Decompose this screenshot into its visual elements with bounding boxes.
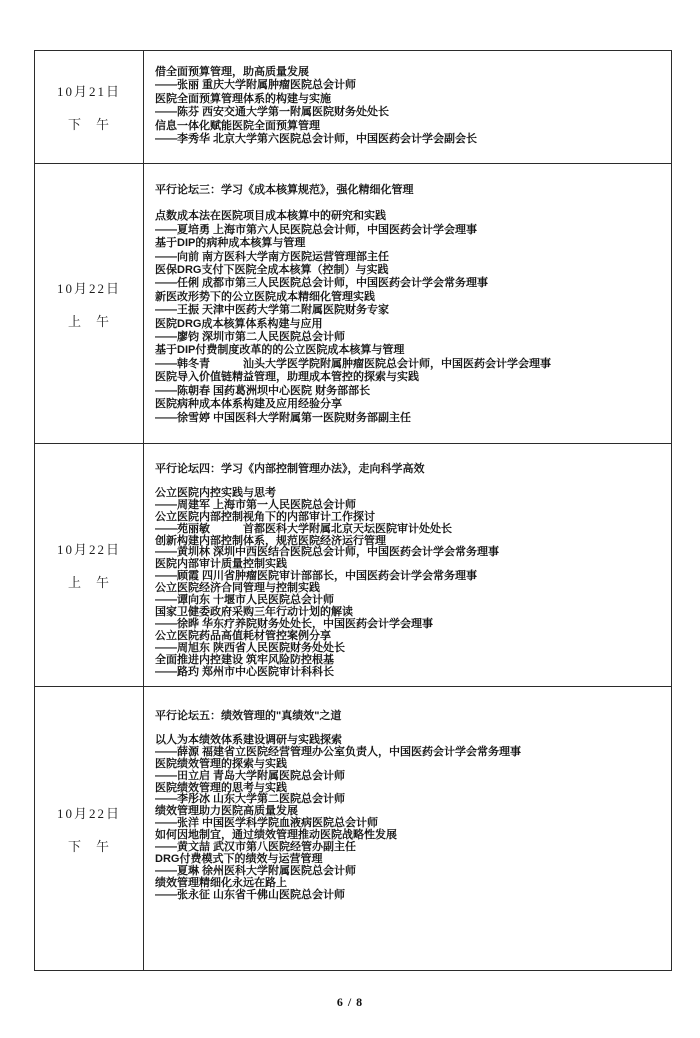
content-line: 全面推进内控建设 筑牢风险防控根基 — [155, 655, 661, 667]
content-line: ——田立启 青岛大学附属医院总会计师 — [155, 771, 661, 783]
table-row: 10月22日 下 午 平行论坛五：绩效管理的"真绩效"之道 以人为本绩效体系建设… — [35, 686, 671, 970]
date-text: 10月22日 — [57, 803, 121, 822]
period-text: 下 午 — [68, 114, 110, 133]
content-line: ——徐雪婷 中国医科大学附属第一医院财务部副主任 — [155, 412, 661, 425]
content-line: ——张丽 重庆大学附属肿瘤医院总会计师 — [155, 79, 661, 92]
date-cell: 10月22日 下 午 — [35, 687, 144, 970]
content-line: 医院全面预算管理体系的构建与实施 — [155, 93, 661, 106]
content-cell: 平行论坛三：学习《成本核算规范》，强化精细化管理 点数成本法在医院项目成本核算中… — [144, 164, 671, 443]
content-line: 医院DRG成本核算体系构建与应用 — [155, 318, 661, 331]
date-cell: 10月22日 上 午 — [35, 444, 144, 686]
content-line: ——周建军 上海市第一人民医院总会计师 — [155, 500, 661, 512]
content-line: 借全面预算管理，助高质量发展 — [155, 66, 661, 79]
content-line: 医保DRG支付下医院全成本核算（控制）与实践 — [155, 264, 661, 277]
content-line: ——徐晔 华东疗养院财务处处长，中国医药会计学会理事 — [155, 619, 661, 631]
table-row: 10月22日 上 午 平行论坛四：学习《内部控制管理办法》，走向科学高效 公立医… — [35, 443, 671, 686]
content-line: ——向前 南方医科大学南方医院运营管理部主任 — [155, 251, 661, 264]
content-line: 信息一体化赋能医院全面预算管理 — [155, 120, 661, 133]
content-line: ——薛源 福建省立医院经营管理办公室负责人，中国医药会计学会常务理事 — [155, 747, 661, 759]
session-lines: 以人为本绩效体系建设调研与实践探索——薛源 福建省立医院经营管理办公室负责人，中… — [155, 735, 661, 902]
page-number: 6 / 8 — [0, 995, 700, 1010]
period-text: 上 午 — [68, 572, 110, 591]
content-line: 基于DIP的病种成本核算与管理 — [155, 237, 661, 250]
date-text: 10月22日 — [57, 539, 121, 558]
content-line: ——路玓 郑州市中心医院审计科科长 — [155, 667, 661, 679]
content-line: ——夏培勇 上海市第六人民医院总会计师，中国医药会计学会理事 — [155, 224, 661, 237]
content-line: ——周旭东 陕西省人民医院财务处处长 — [155, 643, 661, 655]
content-line: 绩效管理精细化永远在路上 — [155, 878, 661, 890]
content-line: 基于DIP付费制度改革的的公立医院成本核算与管理 — [155, 344, 661, 357]
session-lines: 点数成本法在医院项目成本核算中的研究和实践——夏培勇 上海市第六人民医院总会计师… — [155, 210, 661, 425]
schedule-table: 10月21日 下 午 借全面预算管理，助高质量发展——张丽 重庆大学附属肿瘤医院… — [34, 50, 672, 971]
content-line: 公立医院内部控制视角下的内部审计工作探讨 — [155, 512, 661, 524]
content-line: 点数成本法在医院项目成本核算中的研究和实践 — [155, 210, 661, 223]
content-line: ——陈朝春 国药葛洲坝中心医院 财务部部长 — [155, 385, 661, 398]
document-page: 10月21日 下 午 借全面预算管理，助高质量发展——张丽 重庆大学附属肿瘤医院… — [0, 0, 700, 1038]
table-row: 10月21日 下 午 借全面预算管理，助高质量发展——张丽 重庆大学附属肿瘤医院… — [35, 51, 671, 163]
content-cell: 借全面预算管理，助高质量发展——张丽 重庆大学附属肿瘤医院总会计师医院全面预算管… — [144, 51, 671, 163]
content-line: 公立医院药品高值耗材管控案例分享 — [155, 631, 661, 643]
content-line: ——夏琳 徐州医科大学附属医院总会计师 — [155, 866, 661, 878]
table-row: 10月22日 上 午 平行论坛三：学习《成本核算规范》，强化精细化管理 点数成本… — [35, 163, 671, 443]
content-line: 医院病种成本体系构建及应用经验分享 — [155, 398, 661, 411]
session-lines: 公立医院内控实践与思考——周建军 上海市第一人民医院总会计师公立医院内部控制视角… — [155, 488, 661, 679]
content-line: ——陈芬 西安交通大学第一附属医院财务处处长 — [155, 106, 661, 119]
date-cell: 10月21日 下 午 — [35, 51, 144, 163]
forum-title: 平行论坛四：学习《内部控制管理办法》，走向科学高效 — [155, 464, 661, 476]
date-cell: 10月22日 上 午 — [35, 164, 144, 443]
date-text: 10月22日 — [57, 278, 121, 297]
content-cell: 平行论坛五：绩效管理的"真绩效"之道 以人为本绩效体系建设调研与实践探索——薛源… — [144, 687, 671, 970]
forum-title: 平行论坛三：学习《成本核算规范》，强化精细化管理 — [155, 184, 661, 197]
period-text: 下 午 — [68, 836, 110, 855]
content-line: ——廖钧 深圳市第二人民医院总会计师 — [155, 331, 661, 344]
forum-title: 平行论坛五：绩效管理的"真绩效"之道 — [155, 711, 661, 723]
content-line: 新医改形势下的公立医院成本精细化管理实践 — [155, 291, 661, 304]
content-line: ——李秀华 北京大学第六医院总会计师，中国医药会计学会副会长 — [155, 133, 661, 146]
content-line: ——王振 天津中医药大学第二附属医院财务专家 — [155, 304, 661, 317]
date-text: 10月21日 — [57, 81, 121, 100]
period-text: 上 午 — [68, 311, 110, 330]
content-line: ——任俐 成都市第三人民医院总会计师，中国医药会计学会常务理事 — [155, 277, 661, 290]
content-line: 医院绩效管理的探索与实践 — [155, 759, 661, 771]
content-line: 医院导入价值链精益管理，助理成本管控的探索与实践 — [155, 371, 661, 384]
session-lines: 借全面预算管理，助高质量发展——张丽 重庆大学附属肿瘤医院总会计师医院全面预算管… — [155, 66, 661, 146]
content-cell: 平行论坛四：学习《内部控制管理办法》，走向科学高效 公立医院内控实践与思考——周… — [144, 444, 671, 686]
content-line: ——苑丽敏 首都医科大学附属北京天坛医院审计处处长 — [155, 524, 661, 536]
content-line: ——张永征 山东省千佛山医院总会计师 — [155, 890, 661, 902]
content-line: ——韩冬青 汕头大学医学院附属肿瘤医院总会计师，中国医药会计学会理事 — [155, 358, 661, 371]
